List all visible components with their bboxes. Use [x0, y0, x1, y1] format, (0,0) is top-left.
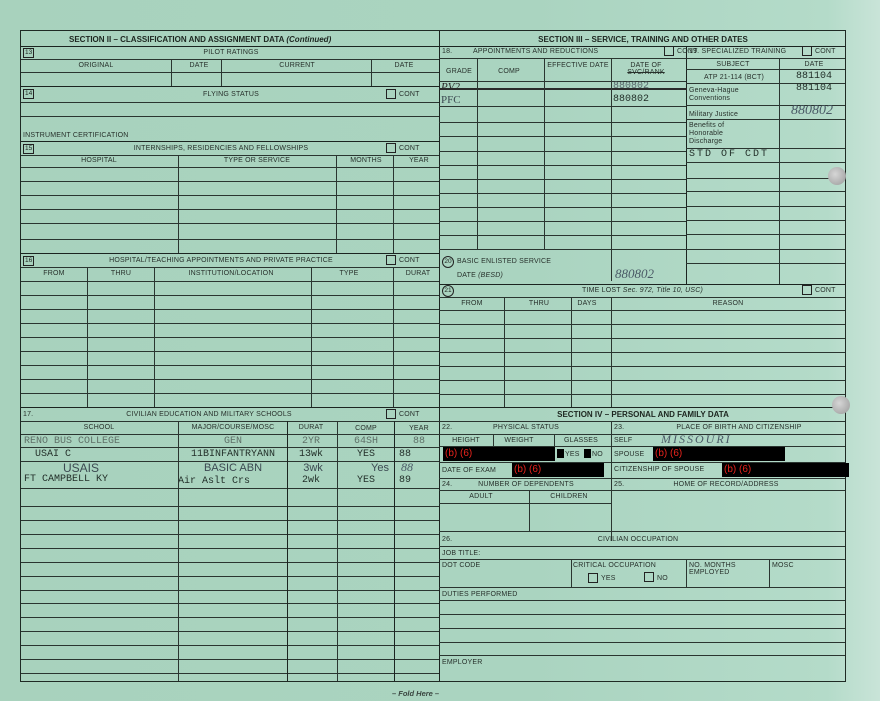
punch-hole	[832, 396, 850, 414]
besd-sublabel: DATE (BESD)	[457, 272, 503, 279]
training-subject-4: Benefits of Honorable Discharge	[689, 122, 749, 146]
specialized-training-title: 19. SPECIALIZED TRAINING	[689, 48, 786, 55]
col-institution-location: INSTITUTION/LOCATION	[188, 270, 273, 277]
physical-status-title: PHYSICAL STATUS	[493, 424, 559, 431]
col-thru: THRU	[529, 300, 549, 307]
instrument-certification-label: INSTRUMENT CERTIFICATION	[23, 132, 129, 139]
mosc-label: MOSC	[772, 562, 794, 569]
center-divider	[439, 31, 440, 681]
job-title-label: JOB TITLE:	[442, 550, 480, 557]
school-row-1-year: 88	[413, 436, 425, 447]
col-type: TYPE	[339, 270, 358, 277]
school-row-3-comp: Yes	[371, 462, 389, 474]
flying-status-title: FLYING STATUS	[203, 91, 259, 98]
glasses-yes-label: YES	[565, 451, 580, 458]
school-row-3-school: USAIS	[63, 461, 99, 475]
item22-number: 22.	[442, 424, 452, 431]
besd-label: BASIC ENLISTED SERVICE	[457, 258, 551, 265]
critical-occupation-no-checkbox[interactable]	[644, 572, 654, 582]
col-height: HEIGHT	[452, 437, 480, 444]
no-label: NO	[657, 575, 668, 582]
hospital-teaching-title: HOSPITAL/TEACHING APPOINTMENTS AND PRIVA…	[109, 257, 333, 264]
service-record-form: SECTION II – CLASSIFICATION AND ASSIGNME…	[20, 30, 846, 682]
item16-number: 16	[23, 256, 34, 266]
col-subject: SUBJECT	[716, 61, 749, 68]
place-of-birth-title: PLACE OF BIRTH AND CITIZENSHIP	[676, 424, 801, 431]
time-lost-cont-checkbox[interactable]	[802, 285, 812, 295]
item13-number: 13	[23, 48, 34, 58]
col-date: DATE	[805, 61, 824, 68]
date-of-exam-label: DATE OF EXAM	[442, 467, 496, 474]
grade-row-2: PFC	[441, 94, 461, 106]
school-row-4-comp: YES	[357, 475, 375, 486]
appointments-cont-checkbox[interactable]	[664, 46, 674, 56]
critical-occupation-yes-checkbox[interactable]	[588, 573, 598, 583]
item21-number: 21	[442, 285, 454, 297]
col-thru: THRU	[111, 270, 131, 277]
col-durat: DURAT	[299, 424, 324, 431]
school-row-2-comp: YES	[357, 449, 375, 460]
school-row-3-year: 88	[401, 460, 413, 475]
col-year: YEAR	[409, 425, 429, 432]
duties-performed-label: DUTIES PERFORMED	[442, 591, 518, 598]
school-row-1-major: GEN	[224, 436, 242, 447]
school-row-2-major: 11BINFANTRYANN	[191, 449, 275, 460]
flying-status-cont-checkbox[interactable]	[386, 89, 396, 99]
grade-row-1: PV2	[441, 81, 460, 93]
school-row-1-school: RENO BUS COLLEGE	[24, 436, 120, 447]
months-employed-label-2: EMPLOYED	[689, 569, 730, 576]
col-comp: COMP	[355, 425, 377, 432]
col-adult: ADULT	[469, 493, 492, 500]
col-grade: GRADE	[446, 68, 472, 75]
col-reason: REASON	[713, 300, 744, 307]
col-date-of: DATE OF	[630, 62, 661, 69]
citizenship-of-spouse-redacted: (b) (6)	[722, 463, 849, 477]
civilian-education-title: CIVILIAN EDUCATION AND MILITARY SCHOOLS	[126, 411, 292, 418]
spouse-label: SPOUSE	[614, 451, 644, 458]
critical-occupation-label: CRITICAL OCCUPATION	[573, 562, 656, 569]
civilian-education-cont-checkbox[interactable]	[386, 409, 396, 419]
dot-code-label: DOT CODE	[442, 562, 480, 569]
section2-title: SECTION II – CLASSIFICATION AND ASSIGNME…	[69, 35, 331, 44]
item23-number: 23.	[614, 424, 624, 431]
item25-number: 25.	[614, 481, 624, 488]
cont-label: CONT	[399, 411, 420, 418]
training-subject-5: STD OF CDT	[689, 149, 769, 160]
date-rank-row-2: 880802	[613, 94, 649, 105]
item15-number: 15	[23, 144, 34, 154]
training-subject-3: Military Justice	[689, 111, 738, 118]
col-durat: DURAT	[406, 270, 431, 277]
date-of-exam-redacted: (b) (6)	[512, 463, 604, 477]
glasses-no-label: NO	[592, 451, 603, 458]
cont-label: CONT	[399, 257, 420, 264]
citizenship-of-spouse-label: CITIZENSHIP OF SPOUSE	[614, 466, 704, 473]
date-rank-row-1: 880802	[613, 81, 649, 92]
col-date: DATE	[395, 62, 414, 69]
item26-number: 26.	[442, 536, 452, 543]
school-row-1-comp: 64SH	[354, 436, 378, 447]
school-row-3-durat: 3wk	[303, 462, 323, 474]
school-row-4-durat: 2wk	[302, 475, 320, 486]
school-row-1-durat: 2YR	[302, 436, 320, 447]
col-comp: COMP	[498, 68, 520, 75]
item14-number: 14	[23, 89, 34, 99]
besd-value: 880802	[615, 266, 654, 282]
training-date-1: 881104	[796, 71, 832, 82]
col-months: MONTHS	[350, 157, 382, 164]
cont-label: CONT	[815, 48, 836, 55]
col-from: FROM	[461, 300, 482, 307]
yes-label: YES	[601, 575, 616, 582]
section3-title: SECTION III – SERVICE, TRAINING AND OTHE…	[538, 35, 748, 44]
self-label: SELF	[614, 437, 632, 444]
hospital-teaching-cont-checkbox[interactable]	[386, 255, 396, 265]
civilian-occupation-title: CIVILIAN OCCUPATION	[598, 536, 679, 543]
col-original: ORIGINAL	[78, 62, 113, 69]
employer-label: EMPLOYER	[442, 659, 483, 666]
time-lost-title: TIME LOST Sec. 972, Title 10, USC)	[582, 287, 703, 294]
training-subject-2: Geneva-Hague Conventions	[689, 87, 759, 103]
fold-here-label: – Fold Here –	[392, 689, 439, 698]
internships-title: INTERNSHIPS, RESIDENCIES AND FELLOWSHIPS	[134, 145, 308, 152]
col-type-or-service: TYPE OR SERVICE	[224, 157, 290, 164]
punch-hole	[828, 167, 846, 185]
specialized-training-cont-checkbox[interactable]	[802, 46, 812, 56]
col-date: DATE	[190, 62, 209, 69]
months-employed-label: NO. MONTHS	[689, 562, 736, 569]
school-row-4-major: Air Aslt Crs	[178, 476, 250, 487]
col-svc-rank: SVC/RANK	[627, 69, 664, 76]
col-from: FROM	[43, 270, 64, 277]
col-school: SCHOOL	[84, 424, 115, 431]
school-row-2-year: 88	[399, 449, 411, 460]
col-days: DAYS	[577, 300, 596, 307]
col-weight: WEIGHT	[504, 437, 533, 444]
form-page: SECTION II – CLASSIFICATION AND ASSIGNME…	[0, 0, 880, 701]
training-date-3: 880802	[791, 103, 833, 119]
col-effective-date: EFFECTIVE DATE	[547, 62, 608, 69]
training-date-2: 881104	[796, 83, 832, 94]
cont-label: CONT	[399, 91, 420, 98]
item18-number: 18.	[442, 48, 452, 55]
glasses-no-checkbox[interactable]	[584, 449, 591, 458]
col-current: CURRENT	[279, 62, 315, 69]
self-birthplace-value: MISSOURI	[661, 432, 732, 447]
dependents-title: NUMBER OF DEPENDENTS	[478, 481, 574, 488]
school-row-3-major: BASIC ABN	[204, 462, 262, 474]
col-year: YEAR	[409, 157, 429, 164]
glasses-yes-checkbox[interactable]	[557, 449, 564, 458]
height-weight-redacted: (b) (6)	[443, 447, 555, 461]
col-glasses: GLASSES	[564, 437, 598, 444]
home-of-record-title: HOME OF RECORD/ADDRESS	[673, 481, 778, 488]
school-row-4-school: FT CAMPBELL KY	[24, 474, 108, 485]
internships-cont-checkbox[interactable]	[386, 143, 396, 153]
item17-number: 17.	[23, 411, 33, 418]
cont-label: CONT	[399, 145, 420, 152]
section4-title: SECTION IV – PERSONAL AND FAMILY DATA	[557, 410, 729, 419]
col-hospital: HOSPITAL	[81, 157, 117, 164]
school-row-2-durat: 13wk	[299, 449, 323, 460]
pilot-ratings-title: PILOT RATINGS	[203, 49, 258, 56]
appointments-title: APPOINTMENTS AND REDUCTIONS	[473, 48, 598, 55]
school-row-2-school: USAI C	[35, 449, 71, 460]
item20-number: 20	[442, 256, 454, 268]
spouse-redacted: (b) (6)	[653, 447, 785, 461]
col-children: CHILDREN	[550, 493, 587, 500]
item24-number: 24.	[442, 481, 452, 488]
cont-label: CONT	[815, 287, 836, 294]
col-major-course-mosc: MAJOR/COURSE/MOSC	[192, 424, 275, 431]
school-row-4-year: 89	[399, 475, 411, 486]
training-subject-1: ATP 21-114 (BCT)	[704, 74, 764, 81]
